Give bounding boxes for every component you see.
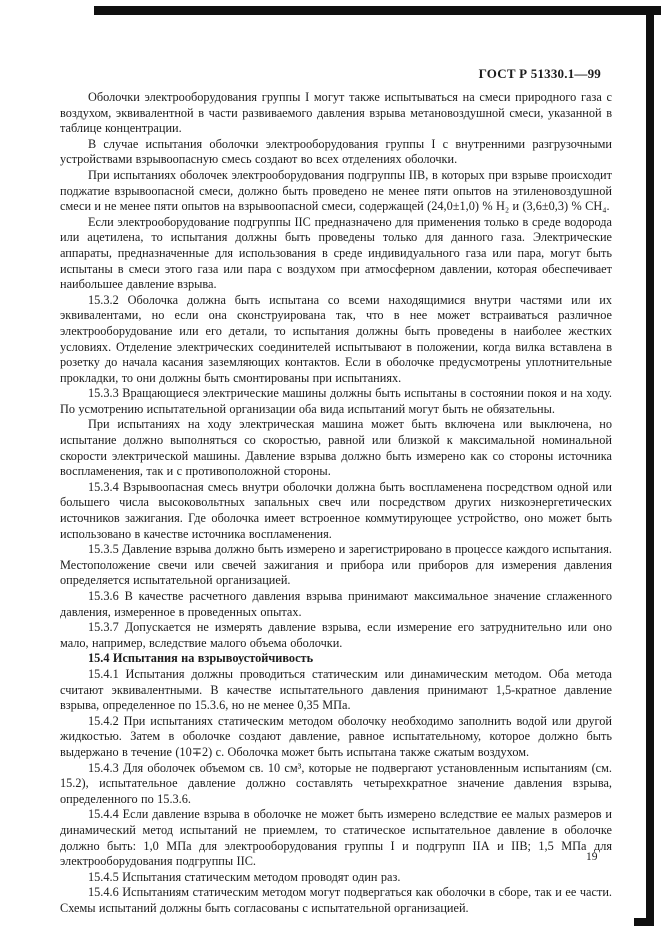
paragraph: При испытаниях оболочек электрооборудова… (60, 168, 612, 215)
paragraph: 15.3.4 Взрывоопасная смесь внутри оболоч… (60, 480, 612, 542)
document-header-standard-number: ГОСТ Р 51330.1—99 (0, 66, 601, 82)
paragraph: Если электрооборудование подгруппы IIС п… (60, 215, 612, 293)
page-number: 19 (586, 851, 598, 863)
scan-artifact-right-bar (646, 6, 654, 926)
paragraph: При испытаниях на ходу электрическая маш… (60, 417, 612, 479)
paragraph: Оболочки электрооборудования группы I мо… (60, 90, 612, 137)
paragraph: 15.4.5 Испытания статическим методом про… (60, 870, 612, 886)
paragraph: 15.3.7 Допускается не измерять давление … (60, 620, 612, 651)
document-body: Оболочки электрооборудования группы I мо… (60, 90, 612, 916)
paragraph: 15.3.6 В качестве расчетного давления вз… (60, 589, 612, 620)
paragraph: 15.4.4 Если давление взрыва в оболочке н… (60, 807, 612, 869)
paragraph: 15.4.6 Испытаниям статическим методом мо… (60, 885, 612, 916)
paragraph: 15.4.1 Испытания должны проводиться стат… (60, 667, 612, 714)
section-heading: 15.4 Испытания на взрывоустойчивость (60, 651, 612, 667)
paragraph: 15.3.5 Давление взрыва должно быть измер… (60, 542, 612, 589)
scan-artifact-bottom-hook (634, 918, 654, 926)
document-page: ГОСТ Р 51330.1—99 Оболочки электрооборуд… (0, 0, 661, 936)
paragraph: 15.4.3 Для оболочек объемом св. 10 см³, … (60, 761, 612, 808)
paragraph: 15.3.3 Вращающиеся электрические машины … (60, 386, 612, 417)
paragraph: 15.4.2 При испытаниях статическим методо… (60, 714, 612, 761)
scan-artifact-top-bar (94, 6, 661, 15)
paragraph: 15.3.2 Оболочка должна быть испытана со … (60, 293, 612, 387)
paragraph: В случае испытания оболочки электрообору… (60, 137, 612, 168)
